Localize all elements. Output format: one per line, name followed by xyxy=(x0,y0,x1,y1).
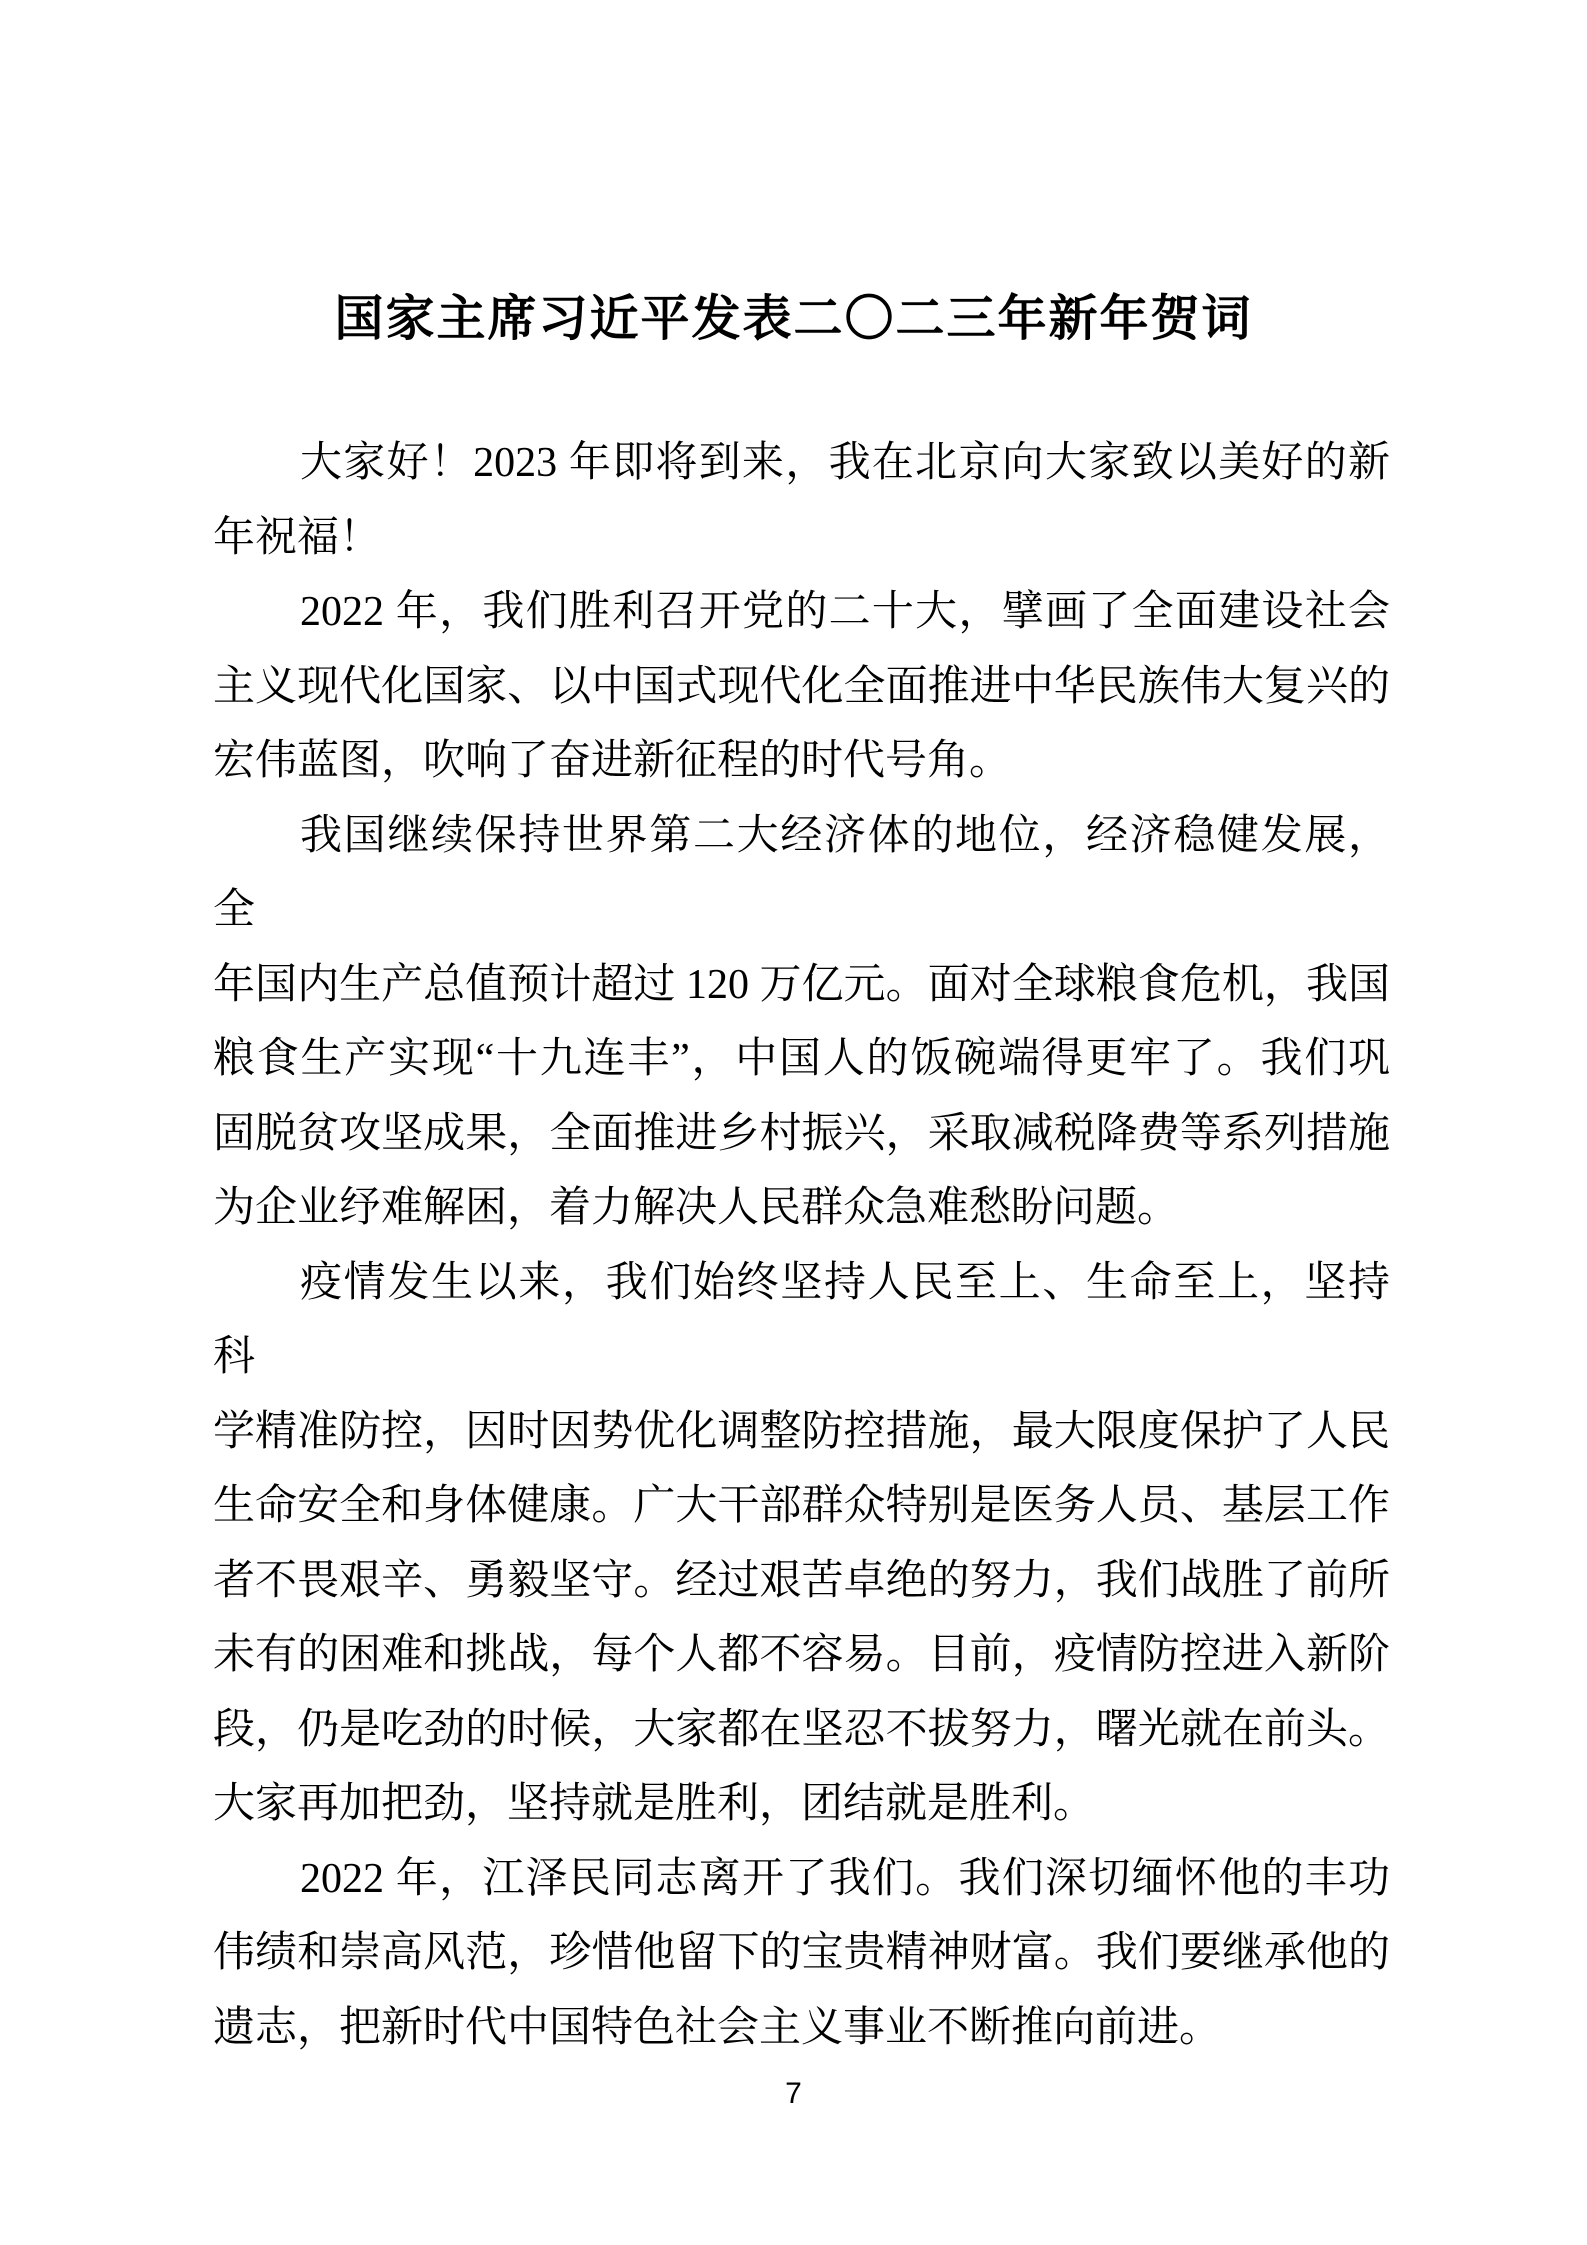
text-line: 生命安全和身体健康。广大干部群众特别是医务人员、基层工作 xyxy=(213,1469,1390,1544)
document-page: 国家主席习近平发表二〇二三年新年贺词 大家好！2023 年即将到来，我在北京向大… xyxy=(0,0,1587,2245)
text-line: 宏伟蓝图，吹响了奋进新征程的时代号角。 xyxy=(213,724,1390,799)
text-line: 大家好！2023 年即将到来，我在北京向大家致以美好的新 xyxy=(213,426,1390,501)
text-line: 2022 年，我们胜利召开党的二十大，擘画了全面建设社会 xyxy=(213,575,1390,650)
text-line: 年祝福！ xyxy=(213,501,1390,576)
text-line: 学精准防控，因时因势优化调整防控措施，最大限度保护了人民 xyxy=(213,1395,1390,1470)
text-line: 伟绩和崇高风范，珍惜他留下的宝贵精神财富。我们要继承他的 xyxy=(213,1916,1390,1991)
text-line: 疫情发生以来，我们始终坚持人民至上、生命至上，坚持科 xyxy=(213,1246,1390,1395)
text-line: 粮食生产实现“十九连丰”，中国人的饭碗端得更牢了。我们巩 xyxy=(213,1022,1390,1097)
text-line: 主义现代化国家、以中国式现代化全面推进中华民族伟大复兴的 xyxy=(213,650,1390,725)
text-line: 年国内生产总值预计超过 120 万亿元。面对全球粮食危机，我国 xyxy=(213,948,1390,1023)
text-line: 未有的困难和挑战，每个人都不容易。目前，疫情防控进入新阶 xyxy=(213,1618,1390,1693)
text-line: 为企业纾难解困，着力解决人民群众急难愁盼问题。 xyxy=(213,1171,1390,1246)
document-title: 国家主席习近平发表二〇二三年新年贺词 xyxy=(0,288,1587,350)
text-line: 我国继续保持世界第二大经济体的地位，经济稳健发展，全 xyxy=(213,799,1390,948)
text-line: 固脱贫攻坚成果，全面推进乡村振兴，采取减税降费等系列措施 xyxy=(213,1097,1390,1172)
text-line: 遗志，把新时代中国特色社会主义事业不断推向前进。 xyxy=(213,1991,1390,2066)
text-line: 2022 年，江泽民同志离开了我们。我们深切缅怀他的丰功 xyxy=(213,1842,1390,1917)
page-number: 7 xyxy=(0,2076,1587,2112)
text-line: 段，仍是吃劲的时候，大家都在坚忍不拔努力，曙光就在前头。 xyxy=(213,1693,1390,1768)
document-body: 大家好！2023 年即将到来，我在北京向大家致以美好的新 年祝福！ 2022 年… xyxy=(213,426,1390,2065)
text-line: 者不畏艰辛、勇毅坚守。经过艰苦卓绝的努力，我们战胜了前所 xyxy=(213,1544,1390,1619)
text-line: 大家再加把劲，坚持就是胜利，团结就是胜利。 xyxy=(213,1767,1390,1842)
